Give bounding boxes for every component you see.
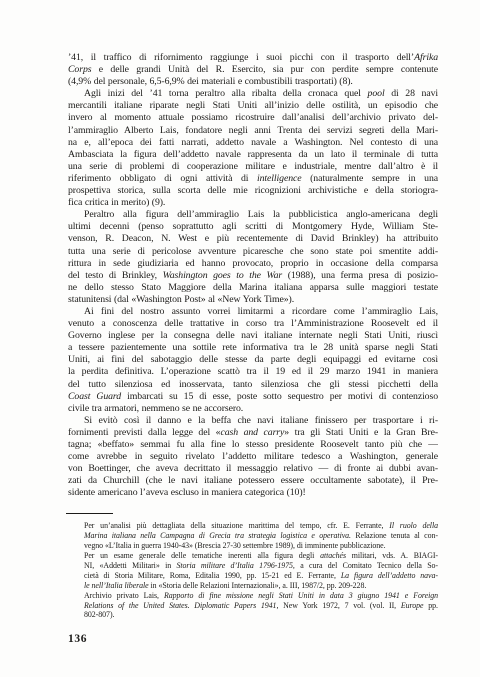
text-line: Corps e delle grandi Unità del R. Eserci…	[68, 64, 438, 76]
text-segment: na e, all’epoca dei fatti narrati, addet…	[68, 137, 438, 148]
text-line: vegno «L’Italia in guerra 1940-43» (Bres…	[84, 541, 438, 551]
text-line: venuto a conoscenza delle trattative in …	[68, 318, 438, 330]
text-line: 802-807).	[84, 610, 438, 620]
text-line: Ai fini del nostro assunto vorrei limita…	[68, 306, 438, 318]
italic-text-segment: Afrika	[414, 52, 438, 63]
text-segment: del tutto silenziosa ed inosservata, tan…	[68, 379, 438, 390]
text-line: l’ammiraglio Alberto Lais, fondatore neg…	[68, 125, 438, 137]
text-segment: riferimento obbligato di ogni attività d…	[68, 173, 257, 184]
text-block: ’41, il traffico di rifornimento raggiun…	[68, 52, 438, 620]
body-text: ’41, il traffico di rifornimento raggiun…	[68, 52, 438, 499]
italic-text-segment: Storia militare d’Italia 1796-1975	[177, 561, 293, 570]
italic-text-segment: attachés	[320, 551, 346, 560]
italic-text-segment: Marina italiana nella Campagna di Grecia…	[84, 531, 351, 540]
text-segment: venuto a conoscenza delle trattative in …	[68, 318, 438, 329]
text-line: (4,9% del personale, 6,5-6,9% dei materi…	[68, 76, 438, 88]
text-segment: prospettiva storica, sulla scorta delle …	[68, 185, 438, 196]
text-segment: zati da Churchill (che le navi italiane …	[68, 475, 438, 486]
italic-text-segment: Corps	[68, 64, 91, 75]
text-segment: fornimenti previsti dalla legge del «	[68, 427, 220, 438]
text-segment: vegno «L’Italia in guerra 1940-43» (Bres…	[84, 541, 386, 550]
text-segment: tagna; «beffato» semmai fu alla fine lo …	[68, 439, 438, 450]
paragraph: ’41, il traffico di rifornimento raggiun…	[68, 52, 438, 88]
text-line: zati da Churchill (che le navi italiane …	[68, 475, 438, 487]
text-segment: imbarcati su 15 di esse, poste sotto seq…	[121, 391, 438, 402]
text-line: ’41, il traffico di rifornimento raggiun…	[68, 52, 438, 64]
text-line: Agli inizi del ’41 torna peraltro alla r…	[68, 88, 438, 100]
text-line: Governo inglese per la consegna delle na…	[68, 330, 438, 342]
text-line: Coast Guard imbarcati su 15 di esse, pos…	[68, 391, 438, 403]
text-segment: Governo inglese per la consegna delle na…	[68, 330, 438, 341]
text-segment: in «Storia delle Relazioni Internazional…	[149, 581, 367, 590]
text-segment: mercantili italiane riparate negli Stati…	[68, 100, 438, 111]
text-segment: Relazione tenuta al con-	[351, 531, 438, 540]
italic-text-segment: Relations of the United States. Diplomat…	[84, 601, 276, 610]
text-segment: militari, vds. A. BIAGI-	[346, 551, 438, 560]
paragraph: Ai fini del nostro assunto vorrei limita…	[68, 306, 438, 415]
text-segment: e delle grandi Unità del R. Esercito, si…	[91, 64, 438, 75]
italic-text-segment: pool	[368, 88, 385, 99]
text-line: del tutto silenziosa ed inosservata, tan…	[68, 379, 438, 391]
text-line: a tessere pazientemente una sottile rete…	[68, 342, 438, 354]
text-segment: una serie di problemi di cooperazione mi…	[68, 161, 438, 172]
text-segment: Peraltro alla figura dell’ammiraglio Lai…	[84, 209, 438, 220]
text-segment: la perdita definitiva. L’operazione scat…	[68, 366, 438, 377]
text-line: Relations of the United States. Diplomat…	[84, 601, 438, 611]
text-segment: von Boettinger, che aveva decrittato il …	[68, 463, 438, 474]
italic-text-segment: cash and carry	[220, 427, 284, 438]
text-segment: Si evitò così il danno e la beffa che na…	[84, 415, 438, 426]
paragraph: Si evitò così il danno e la beffa che na…	[68, 415, 438, 500]
text-line: la perdita definitiva. L’operazione scat…	[68, 366, 438, 378]
text-segment: Per un’analisi più dettagliata della sit…	[84, 521, 389, 530]
text-segment: ultimi decenni (penso soprattutto agli s…	[68, 221, 438, 232]
text-line: del testo di Brinkley, Washington goes t…	[68, 270, 438, 282]
text-line: le nell’Italia liberale in «Storia delle…	[84, 581, 438, 591]
text-segment: 802-807).	[84, 610, 114, 619]
text-segment: cietà di Storia Militare, Roma, Editalia…	[84, 571, 341, 580]
text-line: statunitensi (dal «Washington Post» al «…	[68, 294, 438, 306]
footnote: (9)Per un esame generale delle tematiche…	[84, 551, 438, 591]
book-page: ’41, il traffico di rifornimento raggiun…	[0, 0, 480, 677]
text-segment: venson, R. Deacon, N. West e più recente…	[68, 233, 438, 244]
text-segment: pp.	[424, 601, 438, 610]
text-segment: tutta una serie di pericolose avventure …	[68, 246, 438, 257]
text-line: mercantili italiane riparate negli Stati…	[68, 100, 438, 112]
text-line: Uniti, ai fini del sabotaggio delle stes…	[68, 354, 438, 366]
paragraph: Peraltro alla figura dell’ammiraglio Lai…	[68, 209, 438, 306]
text-segment: rittura in sede giudiziaria ed hanno pro…	[68, 258, 438, 269]
italic-text-segment: le nell’Italia liberale	[84, 581, 149, 590]
italic-text-segment: Rapporto di fine missione negli Stati Un…	[164, 591, 438, 600]
text-line: Ambasciata la figura dell’addetto navale…	[68, 149, 438, 161]
text-line: fornimenti previsti dalla legge del «cas…	[68, 427, 438, 439]
text-segment: come avrebbe in seguito rivelato l’addet…	[68, 451, 438, 462]
text-segment: Agli inizi del ’41 torna peraltro alla r…	[84, 88, 368, 99]
text-segment: civile tra armatori, nemmeno se ne accor…	[68, 403, 243, 414]
text-line: Si evitò così il danno e la beffa che na…	[68, 415, 438, 427]
text-line: riferimento obbligato di ogni attività d…	[68, 173, 438, 185]
text-line: fica critica in merito) (9).	[68, 197, 438, 209]
italic-text-segment: Il ruolo della	[389, 521, 438, 530]
text-segment: (naturalmente sempre in una	[302, 173, 439, 184]
text-line: venson, R. Deacon, N. West e più recente…	[68, 233, 438, 245]
text-line: ultimi decenni (penso soprattutto agli s…	[68, 221, 438, 233]
paragraph: Agli inizi del ’41 torna peraltro alla r…	[68, 88, 438, 209]
italic-text-segment: Coast Guard	[68, 391, 121, 402]
text-line: civile tra armatori, nemmeno se ne accor…	[68, 403, 438, 415]
text-line: invero al momento attuale possiamo ricos…	[68, 112, 438, 124]
text-line: prospettiva storica, sulla scorta delle …	[68, 185, 438, 197]
text-segment: a tessere pazientemente una sottile rete…	[68, 342, 438, 353]
text-segment: Archivio privato Lais,	[84, 591, 164, 600]
text-line: NI, «Addetti Militari» in Storia militar…	[84, 561, 438, 571]
text-line: Peraltro alla figura dell’ammiraglio Lai…	[68, 209, 438, 221]
text-segment: , a cura del Comitato Tecnico della So-	[293, 561, 438, 570]
italic-text-segment: La figura dell’addetto nava-	[341, 571, 438, 580]
text-line: (10)Archivio privato Lais, Rapporto di f…	[84, 591, 438, 601]
text-segment: del testo di Brinkley,	[68, 270, 163, 281]
page-number: 136	[68, 633, 87, 645]
text-line: na e, all’epoca dei fatti narrati, addet…	[68, 137, 438, 149]
footnote: (8)Per un’analisi più dettagliata della …	[84, 521, 438, 551]
text-segment: Ambasciata la figura dell’addetto navale…	[68, 149, 438, 160]
text-segment: » tra gli Stati Uniti e la Gran Bre-	[284, 427, 438, 438]
text-segment: ne dello stesso Stato Maggiore della Mar…	[68, 282, 438, 293]
text-line: tutta una serie di pericolose avventure …	[68, 246, 438, 258]
text-line: come avrebbe in seguito rivelato l’addet…	[68, 451, 438, 463]
text-segment: Ai fini del nostro assunto vorrei limita…	[84, 306, 438, 317]
text-segment: (1988), una ferma presa di posizio-	[282, 270, 438, 281]
text-line: ne dello stesso Stato Maggiore della Mar…	[68, 282, 438, 294]
text-segment: , New York 1972, 7 vol. (vol. II,	[276, 601, 400, 610]
text-segment: Per un esame generale delle tematiche in…	[84, 551, 320, 560]
text-line: tagna; «beffato» semmai fu alla fine lo …	[68, 439, 438, 451]
text-line: (8)Per un’analisi più dettagliata della …	[84, 521, 438, 531]
text-segment: statunitensi (dal «Washington Post» al «…	[68, 294, 294, 305]
text-line: Marina italiana nella Campagna di Grecia…	[84, 531, 438, 541]
text-segment: Uniti, ai fini del sabotaggio delle stes…	[68, 354, 438, 365]
italic-text-segment: Washington goes to the War	[163, 270, 283, 281]
text-segment: l’ammiraglio Alberto Lais, fondatore neg…	[68, 125, 438, 136]
text-segment: ’41, il traffico di rifornimento raggiun…	[68, 52, 414, 63]
text-line: una serie di problemi di cooperazione mi…	[68, 161, 438, 173]
text-segment: di 28 navi	[385, 88, 438, 99]
text-segment: fica critica in merito) (9).	[68, 197, 165, 208]
text-segment: NI, «Addetti Militari» in	[84, 561, 177, 570]
footnote-separator	[66, 513, 113, 514]
footnote: (10)Archivio privato Lais, Rapporto di f…	[84, 591, 438, 621]
text-line: rittura in sede giudiziaria ed hanno pro…	[68, 258, 438, 270]
text-line: cietà di Storia Militare, Roma, Editalia…	[84, 571, 438, 581]
text-segment: sidente americano l’aveva escluso in man…	[68, 487, 306, 498]
text-line: sidente americano l’aveva escluso in man…	[68, 487, 438, 499]
text-line: von Boettinger, che aveva decrittato il …	[68, 463, 438, 475]
text-segment: invero al momento attuale possiamo ricos…	[68, 112, 438, 123]
text-segment: (4,9% del personale, 6,5-6,9% dei materi…	[68, 76, 353, 87]
text-line: (9)Per un esame generale delle tematiche…	[84, 551, 438, 561]
footnotes-section: (8)Per un’analisi più dettagliata della …	[68, 521, 438, 620]
italic-text-segment: Europe	[401, 601, 424, 610]
italic-text-segment: intelligence	[257, 173, 302, 184]
